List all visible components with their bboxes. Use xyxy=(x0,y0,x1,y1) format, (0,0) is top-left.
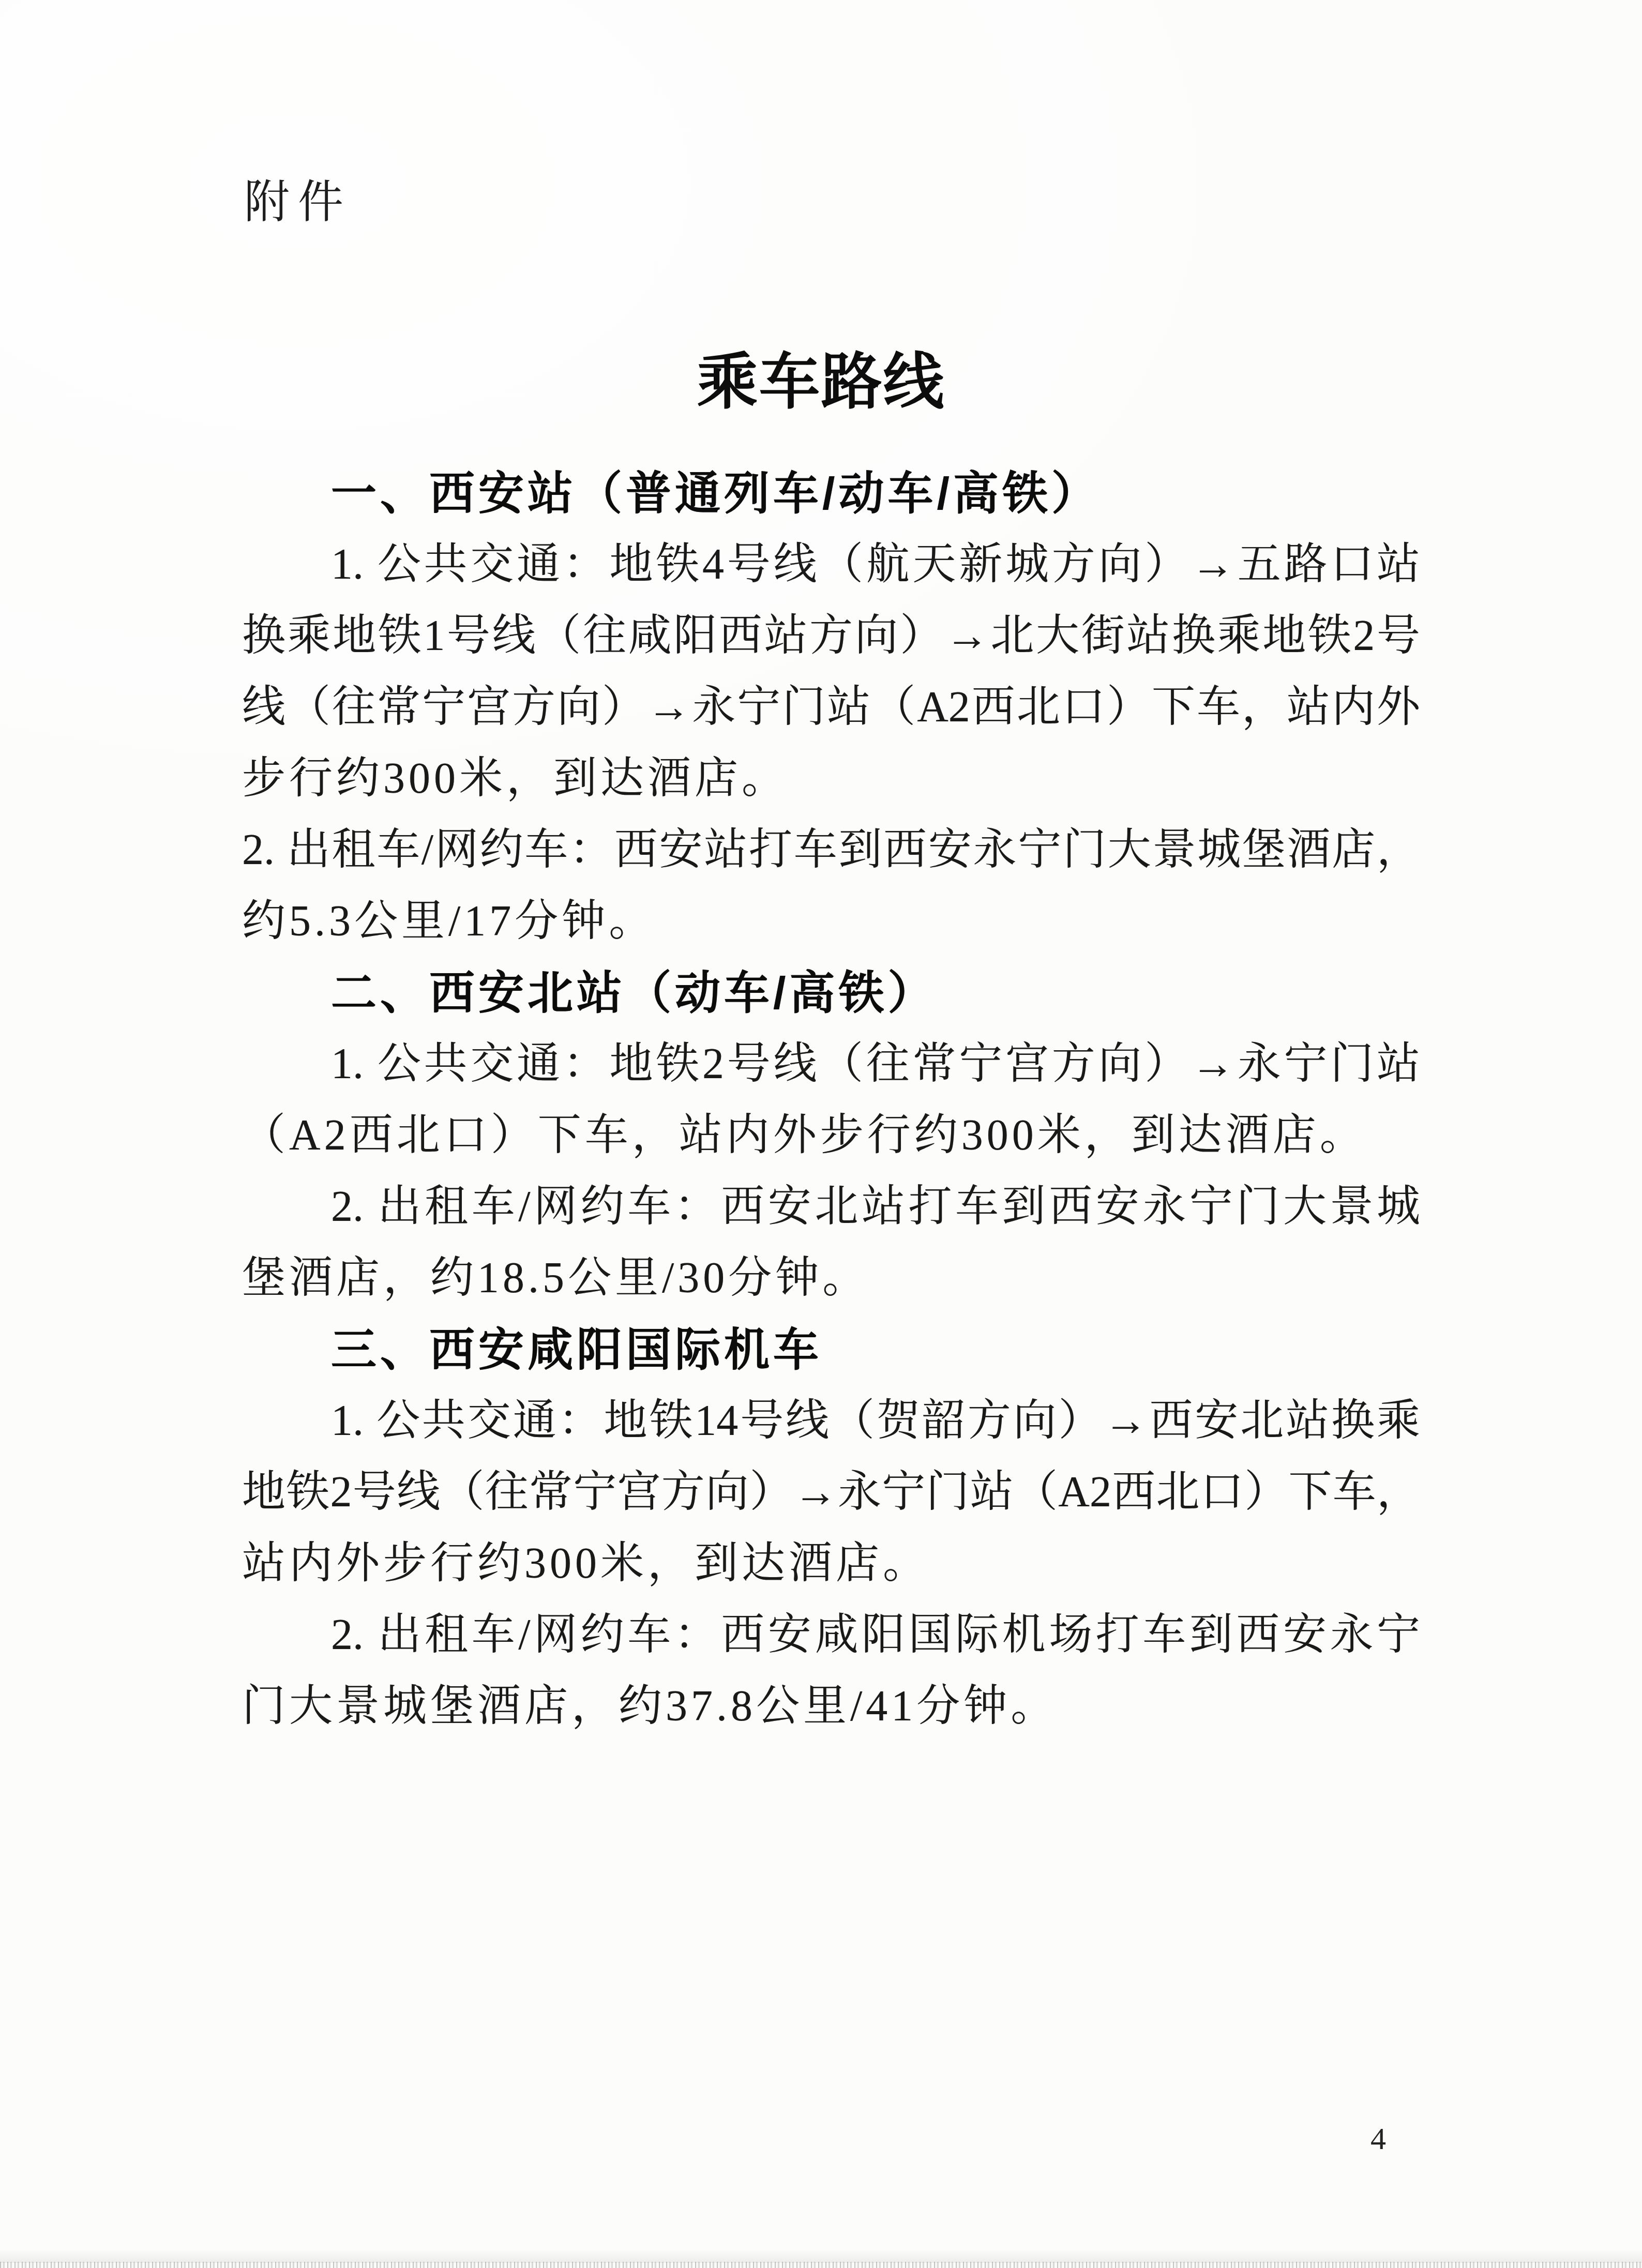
body-line: 1. 公共交通：地铁2号线（往常宁宫方向）→永宁门站 xyxy=(242,1029,1420,1100)
section-heading-2: 二、西安北站（动车/高铁） xyxy=(242,957,1420,1029)
body-line: 约5.3公里/17分钟。 xyxy=(242,886,1420,957)
document-body: 一、西安站（普通列车/动车/高铁） 1. 公共交通：地铁4号线（航天新城方向）→… xyxy=(242,458,1420,1742)
body-line: 2. 出租车/网约车：西安咸阳国际机场打车到西安永宁 xyxy=(242,1599,1420,1671)
body-line: 1. 公共交通：地铁14号线（贺韶方向）→西安北站换乘 xyxy=(242,1385,1420,1457)
body-line: 堡酒店，约18.5公里/30分钟。 xyxy=(242,1243,1420,1314)
body-line: 1. 公共交通：地铁4号线（航天新城方向）→五路口站 xyxy=(242,529,1420,600)
scan-edge-noise xyxy=(0,2262,1642,2268)
body-line: 2. 出租车/网约车：西安站打车到西安永宁门大景城堡酒店， xyxy=(242,814,1420,886)
body-line: 门大景城堡酒店，约37.8公里/41分钟。 xyxy=(242,1671,1420,1742)
attachment-label: 附件 xyxy=(244,180,352,225)
body-line: 换乘地铁1号线（往咸阳西站方向）→北大街站换乘地铁2号 xyxy=(242,600,1420,672)
scanned-document-page: 附件 乘车路线 一、西安站（普通列车/动车/高铁） 1. 公共交通：地铁4号线（… xyxy=(0,0,1642,2268)
body-line: 线（往常宁宫方向）→永宁门站（A2西北口）下车，站内外 xyxy=(242,672,1420,743)
page-number: 4 xyxy=(1370,2123,1386,2154)
body-line: 地铁2号线（往常宁宫方向）→永宁门站（A2西北口）下车， xyxy=(242,1457,1420,1528)
section-heading-3: 三、西安咸阳国际机车 xyxy=(242,1314,1420,1385)
section-heading-1: 一、西安站（普通列车/动车/高铁） xyxy=(242,458,1420,529)
body-line: 2. 出租车/网约车：西安北站打车到西安永宁门大景城 xyxy=(242,1171,1420,1243)
body-line: 站内外步行约300米，到达酒店。 xyxy=(242,1528,1420,1599)
page-title: 乘车路线 xyxy=(0,349,1642,416)
body-line: 步行约300米，到达酒店。 xyxy=(242,743,1420,814)
body-line: （A2西北口）下车，站内外步行约300米，到达酒店。 xyxy=(242,1100,1420,1171)
scan-edge-shadow xyxy=(0,2249,1642,2263)
